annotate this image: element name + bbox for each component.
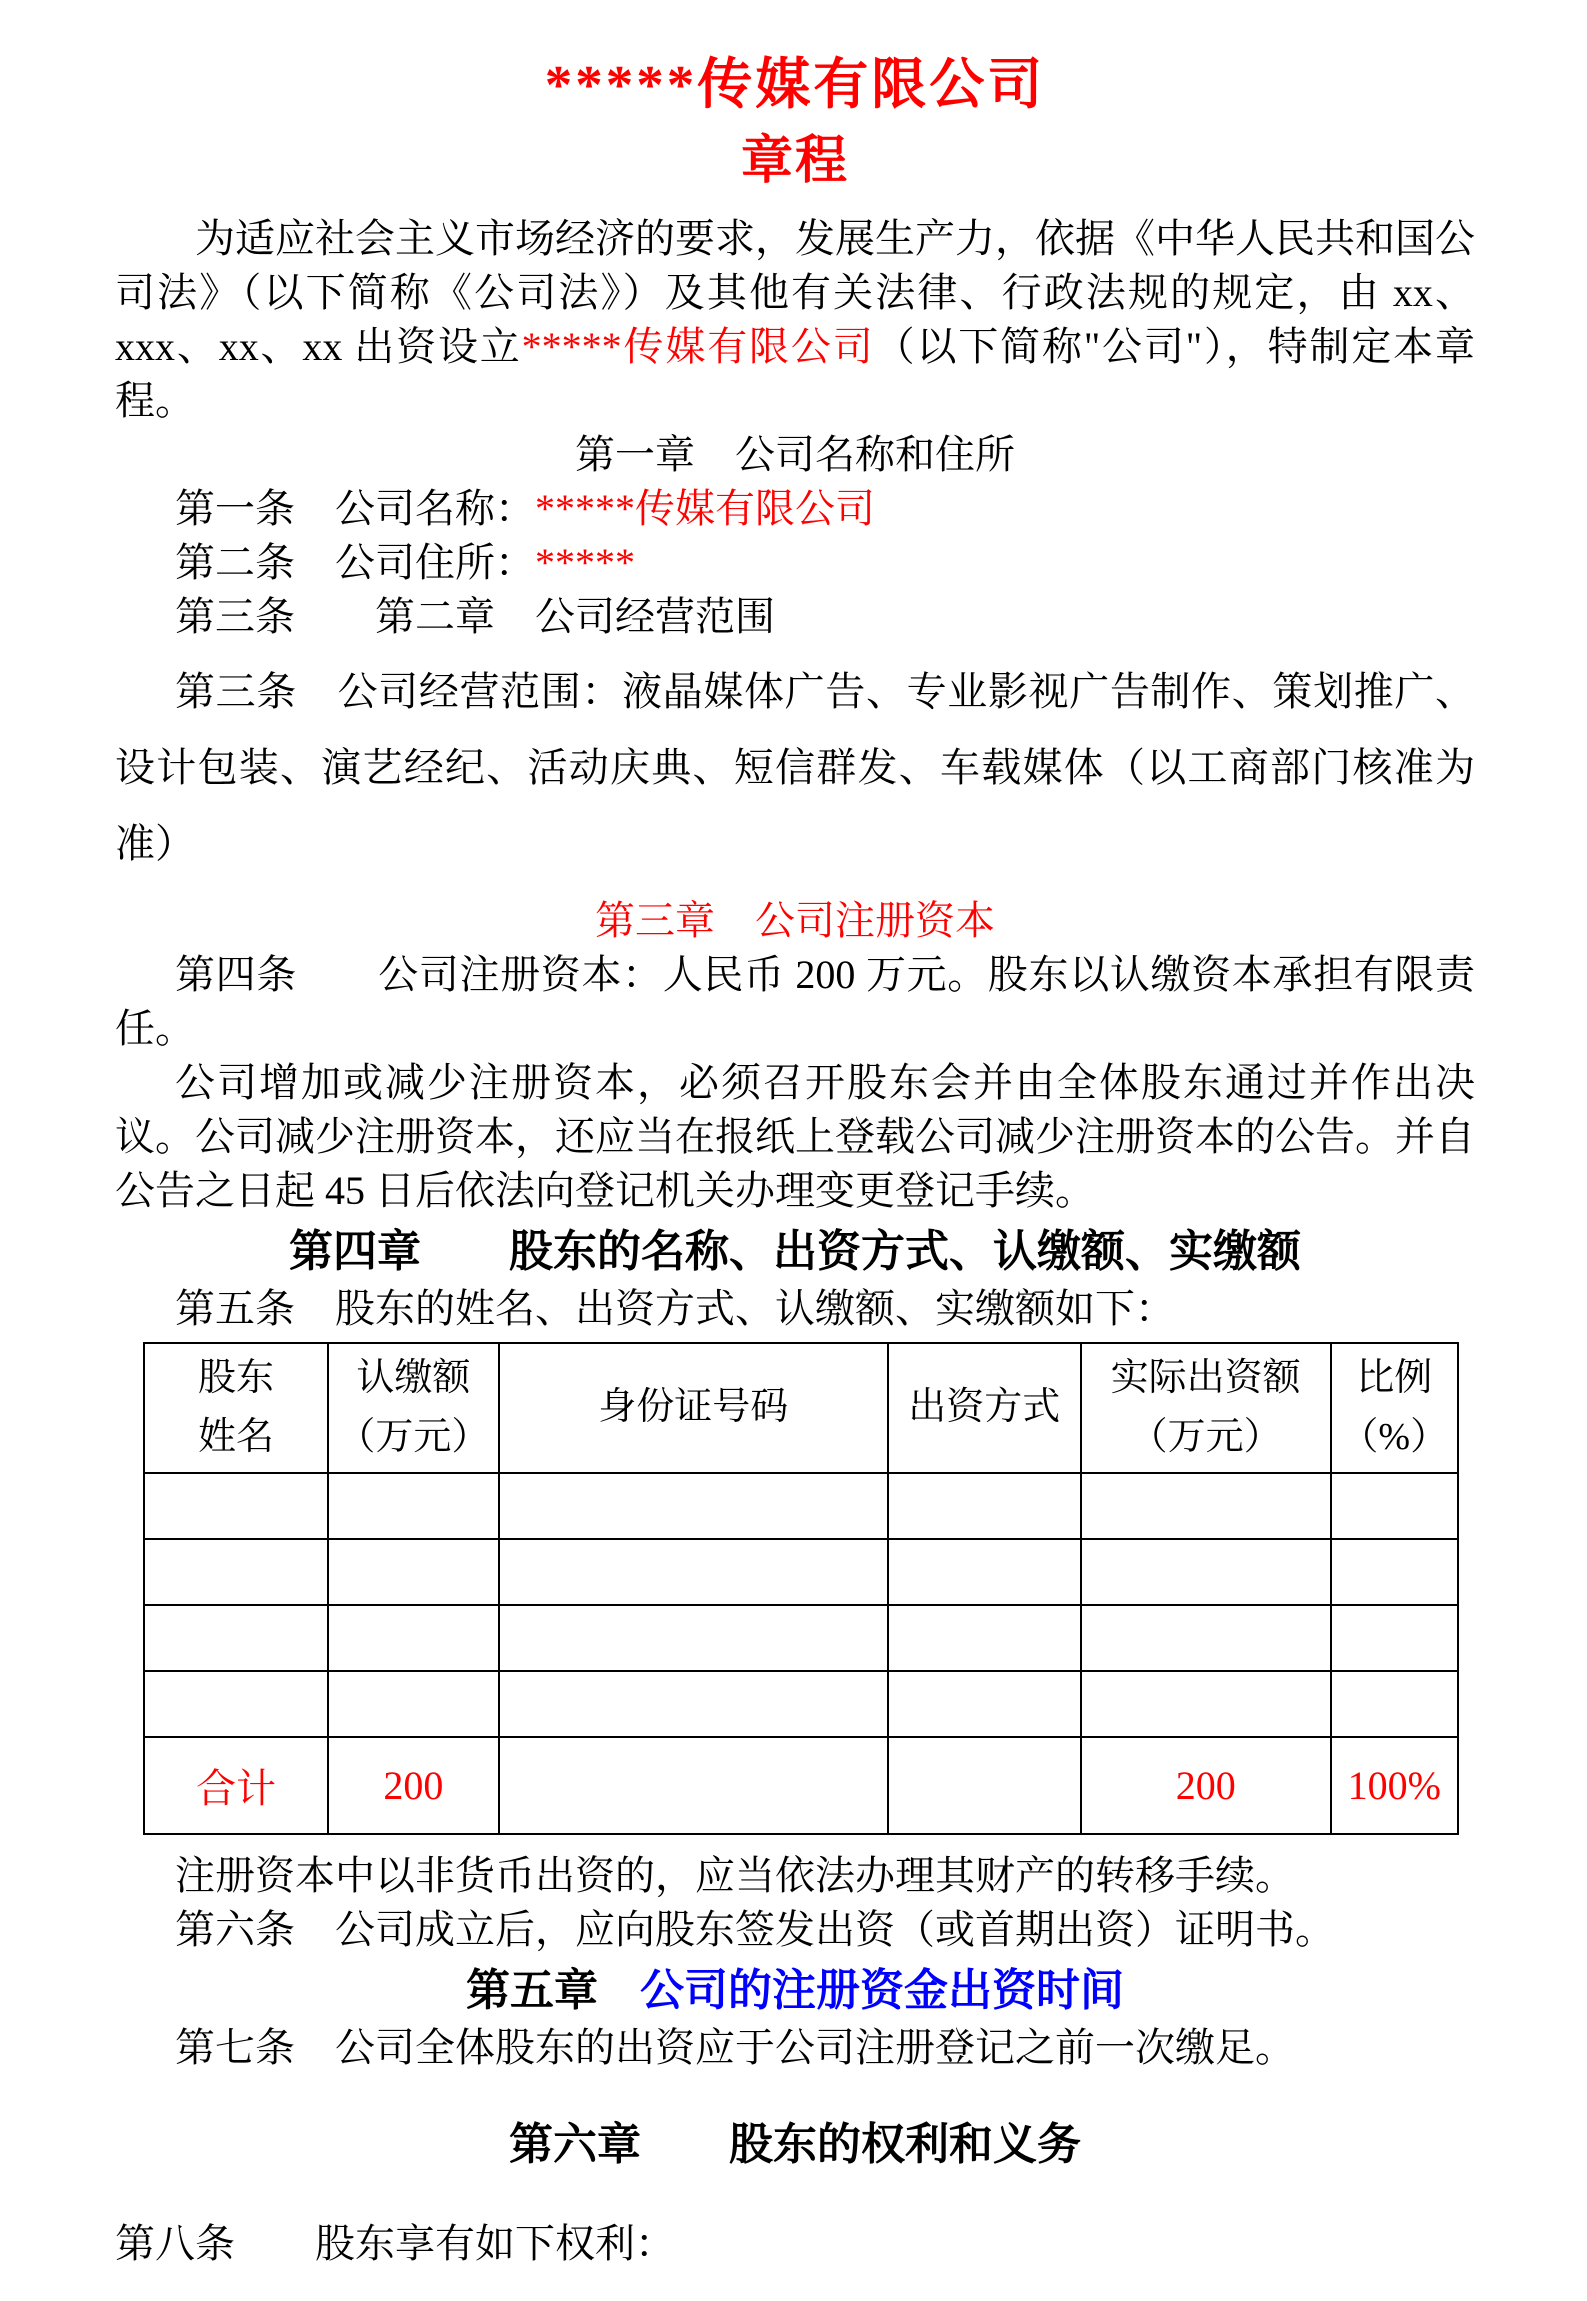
table-cell — [499, 1605, 888, 1671]
table-cell — [888, 1605, 1081, 1671]
article3-business-scope: 第三条 公司经营范围：液晶媒体广告、专业影视广告制作、策划推广、设计包装、演艺经… — [115, 654, 1475, 882]
chapter5-label: 第五章 — [466, 1966, 598, 2015]
table-cell — [328, 1539, 499, 1605]
total-ratio: 100% — [1331, 1737, 1458, 1834]
table-cell — [1081, 1473, 1331, 1539]
table-cell — [499, 1539, 888, 1605]
article3-chapter2-heading: 第三条 第二章 公司经营范围 — [175, 590, 1475, 644]
total-row: 合计 200 200 100% — [144, 1737, 1458, 1834]
header-row: 股东 姓名 认缴额 （万元） 身份证号码 出资方式 实际出资额 （万元） 比例 … — [144, 1343, 1458, 1473]
table-cell — [1331, 1671, 1458, 1737]
table-cell — [499, 1671, 888, 1737]
table-cell — [144, 1605, 328, 1671]
total-label: 合计 — [144, 1737, 328, 1834]
col-header-shareholder-name: 股东 姓名 — [144, 1343, 328, 1473]
capital-change-paragraph: 公司增加或减少注册资本，必须召开股东会并由全体股东通过并作出决议。公司减少注册资… — [115, 1056, 1475, 1218]
shareholders-table-header: 股东 姓名 认缴额 （万元） 身份证号码 出资方式 实际出资额 （万元） 比例 … — [144, 1343, 1458, 1473]
non-monetary-note: 注册资本中以非货币出资的，应当依法办理其财产的转移手续。 — [175, 1849, 1475, 1903]
table-cell — [499, 1473, 888, 1539]
table-cell — [144, 1671, 328, 1737]
table-cell — [1081, 1671, 1331, 1737]
total-method-cell — [888, 1737, 1081, 1834]
article5-line: 第五条 股东的姓名、出资方式、认缴额、实缴额如下： — [175, 1282, 1475, 1336]
article2-label: 第二条 公司住所： — [175, 540, 535, 585]
chapter3-heading: 第三章 公司注册资本 — [115, 894, 1475, 948]
table-cell — [1331, 1473, 1458, 1539]
document-page: *****传媒有限公司 章程 为适应社会主义市场经济的要求，发展生产力，依据《中… — [0, 0, 1587, 2301]
table-row — [144, 1473, 1458, 1539]
article2-address-redacted: ***** — [535, 540, 635, 585]
table-cell — [1331, 1539, 1458, 1605]
total-id-number-cell — [499, 1737, 888, 1834]
table-cell — [1331, 1605, 1458, 1671]
chapter5-title-blue: 公司的注册资金出资时间 — [640, 1966, 1124, 2015]
chapter4-heading: 第四章 股东的名称、出资方式、认缴额、实缴额 — [115, 1222, 1475, 1282]
table-cell — [1081, 1605, 1331, 1671]
col-header-id-number: 身份证号码 — [499, 1343, 888, 1473]
document-title: *****传媒有限公司 — [115, 48, 1475, 122]
table-cell — [888, 1473, 1081, 1539]
article8-line: 第八条 股东享有如下权利： — [115, 2217, 1475, 2271]
article1-line: 第一条 公司名称：*****传媒有限公司 — [175, 482, 1475, 536]
table-cell — [328, 1671, 499, 1737]
table-cell — [144, 1473, 328, 1539]
chapter1-heading: 第一章 公司名称和住所 — [115, 428, 1475, 482]
article1-label: 第一条 公司名称： — [175, 486, 535, 531]
table-row — [144, 1539, 1458, 1605]
article4-line: 第四条 公司注册资本：人民币 200 万元。股东以认缴资本承担有限责任。 — [115, 948, 1475, 1056]
table-cell — [1081, 1539, 1331, 1605]
document-subtitle: 章程 — [115, 128, 1475, 196]
shareholders-empty-rows — [144, 1473, 1458, 1737]
col-header-subscribed-amount: 认缴额 （万元） — [328, 1343, 499, 1473]
article7-line: 第七条 公司全体股东的出资应于公司注册登记之前一次缴足。 — [175, 2021, 1475, 2075]
total-subscribed-amount: 200 — [328, 1737, 499, 1834]
chapter5-heading: 第五章公司的注册资金出资时间 — [115, 1961, 1475, 2021]
table-row — [144, 1605, 1458, 1671]
article1-company-redacted: *****传媒有限公司 — [535, 486, 875, 531]
table-row — [144, 1671, 1458, 1737]
total-actual-amount: 200 — [1081, 1737, 1331, 1834]
article2-line: 第二条 公司住所：***** — [175, 536, 1475, 590]
article6-line: 第六条 公司成立后，应向股东签发出资（或首期出资）证明书。 — [175, 1903, 1475, 1957]
chapter6-heading: 第六章 股东的权利和义务 — [115, 2115, 1475, 2175]
shareholders-table: 股东 姓名 认缴额 （万元） 身份证号码 出资方式 实际出资额 （万元） 比例 … — [143, 1342, 1459, 1835]
table-cell — [888, 1671, 1081, 1737]
col-header-ratio: 比例 （%） — [1331, 1343, 1458, 1473]
table-cell — [328, 1473, 499, 1539]
table-cell — [328, 1605, 499, 1671]
intro-company-redacted: *****传媒有限公司 — [522, 324, 875, 369]
table-cell — [144, 1539, 328, 1605]
col-header-contribution-method: 出资方式 — [888, 1343, 1081, 1473]
col-header-actual-amount: 实际出资额 （万元） — [1081, 1343, 1331, 1473]
intro-paragraph: 为适应社会主义市场经济的要求，发展生产力，依据《中华人民共和国公司法》（以下简称… — [115, 212, 1475, 428]
table-cell — [888, 1539, 1081, 1605]
